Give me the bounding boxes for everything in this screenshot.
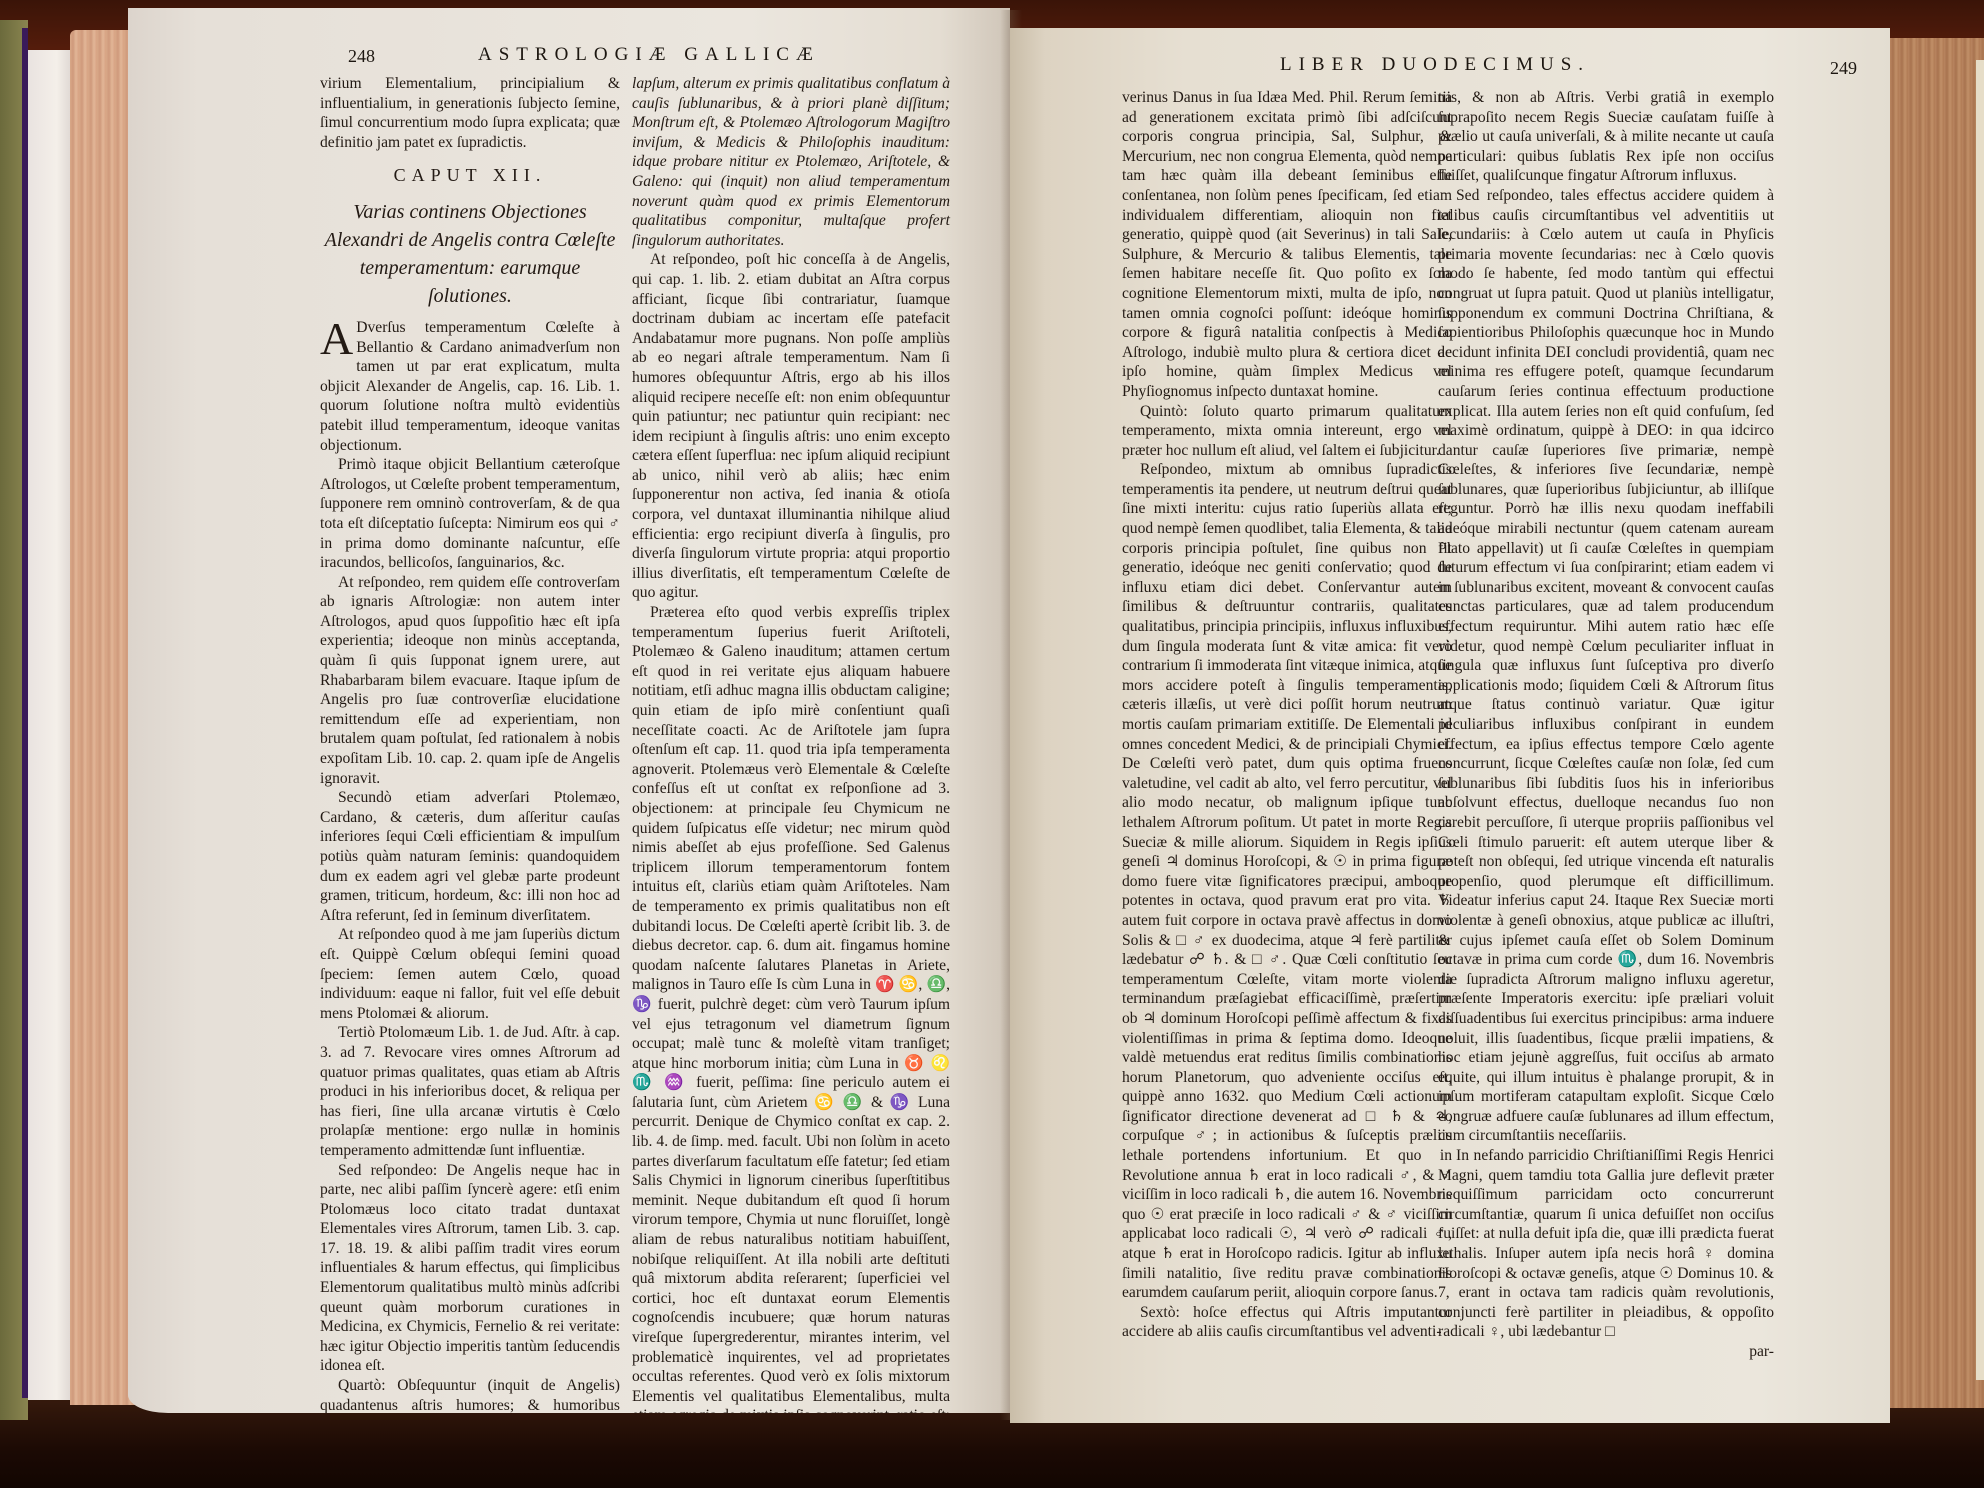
chapter-label: CAPUT XII. xyxy=(320,166,620,186)
paragraph: Præterea eſto quod verbis expreſſis trip… xyxy=(632,603,950,1413)
running-head-right: LIBER DUODECIMUS. xyxy=(1280,54,1590,76)
paragraph: verinus Danus in ſua Idæa Med. Phil. Rer… xyxy=(1122,88,1452,402)
right-page: LIBER DUODECIMUS. 249 verinus Danus in ſ… xyxy=(1010,28,1890,1423)
paragraph: virium Elementalium, principialium & inf… xyxy=(320,74,620,152)
paragraph: Sed reſpondeo: De Angelis neque hac in p… xyxy=(320,1161,620,1377)
paragraph: At reſpondeo, rem quidem eſſe controverſ… xyxy=(320,573,620,789)
left-page: 248 ASTROLOGIÆ GALLICÆ virium Elementali… xyxy=(128,8,1010,1413)
paragraph: Quintò: ſoluto quarto primarum qualitatu… xyxy=(1122,402,1452,461)
paragraph: Tertiò Ptolomæum Lib. 1. de Jud. Aſtr. à… xyxy=(320,1023,620,1160)
paragraph: Reſpondeo, mixtum ab omnibus ſupradictis… xyxy=(1122,460,1452,1303)
left-page-column-1: virium Elementalium, principialium & inf… xyxy=(320,74,620,1413)
right-page-column-2: tiis, & non ab Aſtris. Verbi gratiâ in e… xyxy=(1438,88,1774,1362)
paragraph: Primò itaque objicit Bellantium cæteroſq… xyxy=(320,455,620,573)
paragraph: tiis, & non ab Aſtris. Verbi gratiâ in e… xyxy=(1438,88,1774,186)
catchword: par- xyxy=(1438,1342,1774,1362)
page-number-right: 249 xyxy=(1830,58,1857,79)
paragraph: At reſpondeo, poſt hic conceſſa à de Ang… xyxy=(632,250,950,603)
paragraph: Secundò etiam adverſari Ptolemæo, Cardan… xyxy=(320,788,620,925)
page-number-left: 248 xyxy=(348,46,375,67)
paragraph: Quartò: Obſequuntur (inquit de Angelis) … xyxy=(320,1376,620,1413)
paragraph: At reſpondeo quod à me jam ſuperiùs dict… xyxy=(320,925,620,1023)
page-edges-right xyxy=(1890,38,1984,1408)
paragraph: lapſum, alterum ex primis qualitatibus c… xyxy=(632,74,950,250)
paragraph-with-dropcap: ADverſus temperamentum Cœleſte à Bellant… xyxy=(320,318,620,455)
paragraph: Sextò: hoſce effectus qui Aſtris imputan… xyxy=(1122,1303,1452,1342)
paragraph: Sed reſpondeo, tales effectus accidere q… xyxy=(1438,186,1774,1146)
paragraph: In nefando parricidio Chriſtianiſſimi Re… xyxy=(1438,1146,1774,1342)
left-page-column-2: lapſum, alterum ex primis qualitatibus c… xyxy=(632,74,950,1413)
page-edges-right-tip xyxy=(1976,60,1984,1380)
right-page-column-1: verinus Danus in ſua Idæa Med. Phil. Rer… xyxy=(1122,88,1452,1342)
page-block-left-inner xyxy=(28,50,76,1400)
chapter-title: Varias continens Objectiones Alexandri d… xyxy=(320,198,620,310)
drop-cap: A xyxy=(320,320,356,358)
running-head-left: ASTROLOGIÆ GALLICÆ xyxy=(478,44,820,66)
